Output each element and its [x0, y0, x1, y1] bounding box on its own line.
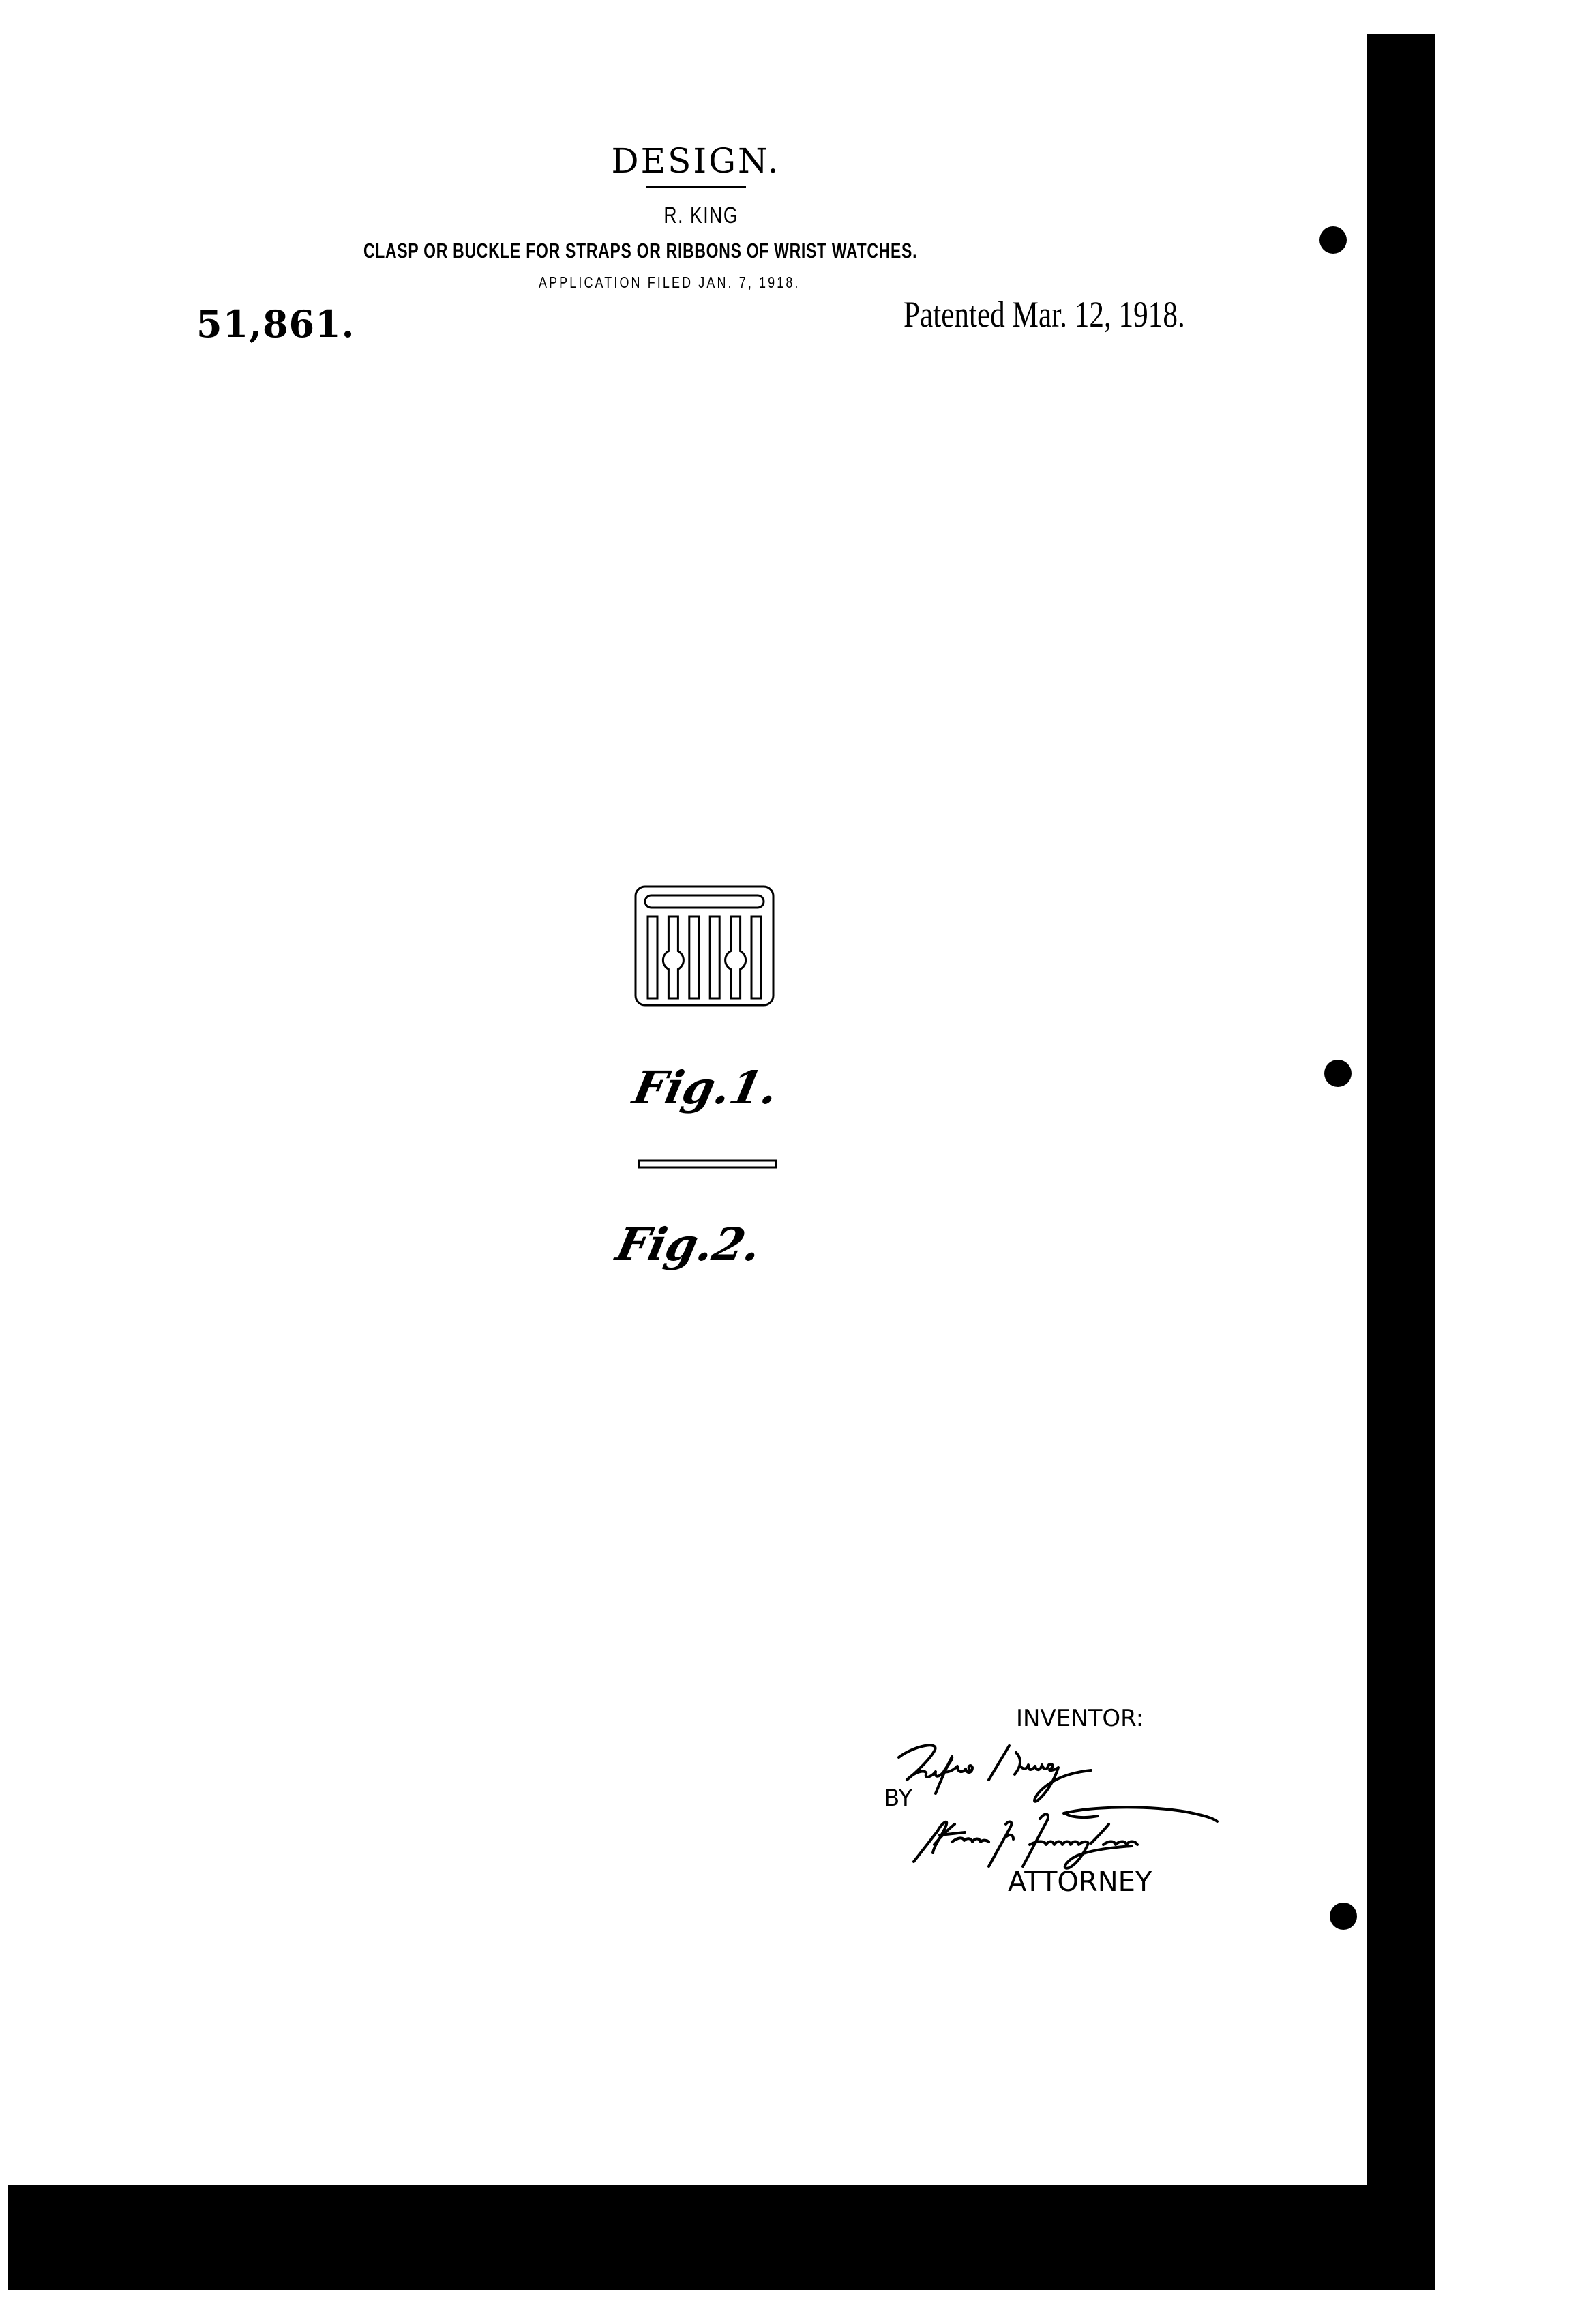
patented-date: Patented Mar. 12, 1918.: [904, 295, 1185, 334]
punch-hole-bottom: [1330, 1903, 1357, 1930]
fig1-buckle-drawing: [633, 884, 776, 1008]
heading-rule: [646, 186, 746, 188]
attorney-caption: ATTORNEY: [1008, 1868, 1152, 1896]
inventor-short-name: R. KING: [663, 202, 738, 229]
application-filed: APPLICATION FILED JAN. 7, 1918.: [539, 273, 801, 292]
patent-page: DESIGN. R. KING CLASP OR BUCKLE FOR STRA…: [0, 0, 1582, 2324]
inventor-caption: INVENTOR:: [1016, 1705, 1144, 1732]
fig2-buckle-side-drawing: [638, 1159, 777, 1169]
design-heading: DESIGN.: [602, 142, 790, 180]
attorney-signature: Arthur A. Brunnington: [886, 1804, 1248, 1872]
patent-title: CLASP OR BUCKLE FOR STRAPS OR RIBBONS OF…: [363, 239, 1030, 263]
scan-edge-bottom: [8, 2185, 1435, 2290]
fig2-label: Fig.2.: [612, 1221, 766, 1268]
punch-hole-middle: [1324, 1060, 1352, 1087]
scan-edge-right: [1367, 34, 1435, 2290]
punch-hole-top: [1319, 226, 1347, 254]
fig1-label: Fig.1.: [629, 1064, 783, 1112]
inventor-signature: Rufus King: [886, 1732, 1118, 1814]
patent-number: 51,861.: [196, 303, 355, 344]
